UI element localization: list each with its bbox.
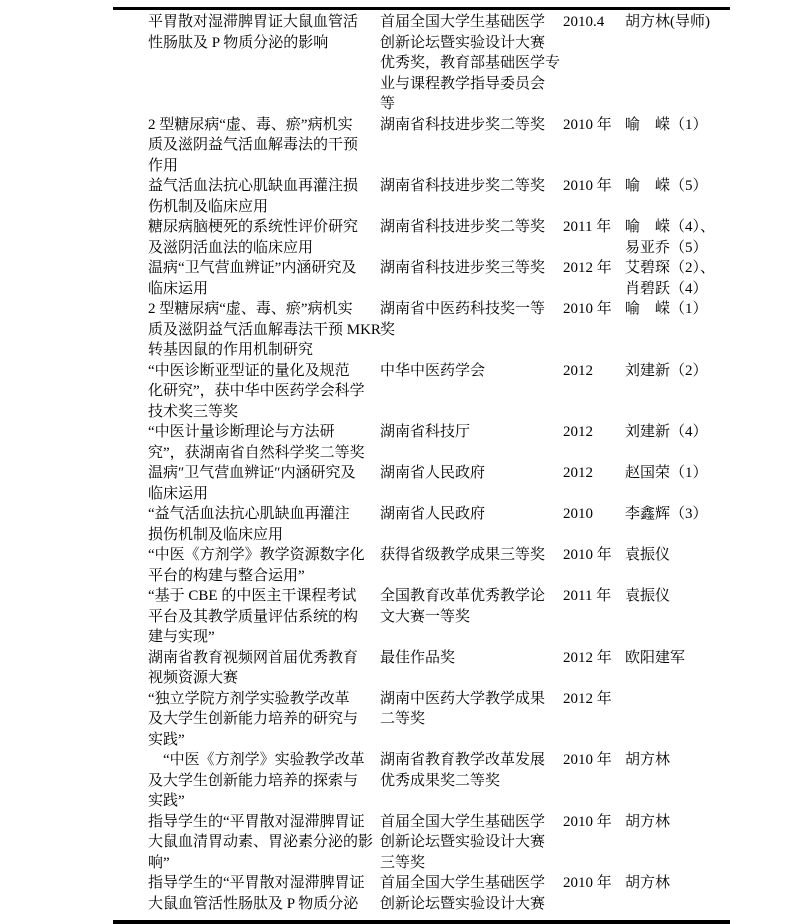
table-row: 糖尿病脑梗死的系统性评价研究 及滋阴活血法的临床应用 湖南省科技进步奖二等奖 2… [113, 217, 730, 258]
award-name-cell: 湖南省中医药科技奖一等 奖 [380, 299, 563, 361]
award-name-cell: 湖南省科技进步奖二等奖 [380, 176, 563, 217]
table-row: “中医《方剂学》教学资源数字化 平台的构建与整合运用” 获得省级教学成果三等奖 … [113, 545, 730, 586]
project-title-cell: 益气活血法抗心肌缺血再灌注损 伤机制及临床应用 [148, 176, 380, 217]
year-cell: 2012 [563, 463, 625, 504]
award-name-cell: 首届全国大学生基础医学 创新论坛暨实验设计大赛 三等奖 [380, 812, 563, 874]
year-cell: 2010 年 [563, 545, 625, 586]
year-cell: 2012 年 [563, 689, 625, 751]
recipients-cell: 李鑫辉（3） [625, 504, 730, 545]
table-row: “基于 CBE 的中医主干课程考试 平台及其教学质量评估系统的构 建与实现” 全… [113, 586, 730, 648]
project-title-cell: “中医诊断亚型证的量化及规范 化研究”，获中华中医药学会科学 技术奖三等奖 [148, 361, 380, 423]
table-row: 益气活血法抗心肌缺血再灌注损 伤机制及临床应用 湖南省科技进步奖二等奖 2010… [113, 176, 730, 217]
table-row: 湖南省教育视频网首届优秀教育 视频资源大赛 最佳作品奖 2012 年 欧阳建军 [113, 648, 730, 689]
award-name-cell: 全国教育改革优秀教学论 文大赛一等奖 [380, 586, 563, 648]
project-title-cell: “益气活血法抗心肌缺血再灌注 损伤机制及临床应用 [148, 504, 380, 545]
table-row: “独立学院方剂学实验教学改革 及大学生创新能力培养的研究与 实践” 湖南中医药大… [113, 689, 730, 751]
award-name-cell: 湖南省科技厅 [380, 422, 563, 463]
recipients-cell: 艾碧琛（2）、 肖碧跃（4） [625, 258, 730, 299]
year-cell: 2010.4 [563, 12, 625, 115]
year-cell: 2012 [563, 361, 625, 423]
year-cell: 2010 年 [563, 115, 625, 177]
recipients-cell: 刘建新（4） [625, 422, 730, 463]
year-cell: 2012 年 [563, 648, 625, 689]
project-title-cell: 指导学生的“平胃散对湿滞脾胃证 大鼠血管活性肠肽及 P 物质分泌 [148, 873, 380, 914]
project-title-cell: 2 型糖尿病“虚、毒、瘀”病机实 质及滋阴益气活血解毒法干预 MKR 转基因鼠的… [148, 299, 380, 361]
project-title-cell: “中医《方剂学》教学资源数字化 平台的构建与整合运用” [148, 545, 380, 586]
table-row: 温病“卫气营血辨证”内涵研究及 临床运用 湖南省科技进步奖三等奖 2012 年 … [113, 258, 730, 299]
recipients-cell: 胡方林 [625, 873, 730, 914]
award-name-cell: 获得省级教学成果三等奖 [380, 545, 563, 586]
table-row: “中医计量诊断理论与方法研 究”，获湖南省自然科学奖二等奖 湖南省科技厅 201… [113, 422, 730, 463]
award-name-cell: 湖南省科技进步奖二等奖 [380, 115, 563, 177]
project-title-cell: 糖尿病脑梗死的系统性评价研究 及滋阴活血法的临床应用 [148, 217, 380, 258]
recipients-cell: 袁振仪 [625, 545, 730, 586]
project-title-cell: “中医《方剂学》实验教学改革 及大学生创新能力培养的探索与 实践” [148, 750, 380, 812]
award-name-cell: 湖南省人民政府 [380, 463, 563, 504]
award-name-cell: 湖南省科技进步奖三等奖 [380, 258, 563, 299]
year-cell: 2011 年 [563, 586, 625, 648]
table-row: 指导学生的“平胃散对湿滞脾胃证 大鼠血管活性肠肽及 P 物质分泌 首届全国大学生… [113, 873, 730, 914]
recipients-cell: 喻 嵘（4）、 易亚乔（5） [625, 217, 730, 258]
project-title-cell: 平胃散对湿滞脾胃证大鼠血管活 性肠肽及 P 物质分泌的影响 [148, 12, 380, 115]
year-cell: 2010 年 [563, 299, 625, 361]
recipients-cell: 喻 嵘（5） [625, 176, 730, 217]
recipients-cell: 欧阳建军 [625, 648, 730, 689]
year-cell: 2010 年 [563, 873, 625, 914]
table-row: 2 型糖尿病“虚、毒、瘀”病机实 质及滋阴益气活血解毒法干预 MKR 转基因鼠的… [113, 299, 730, 361]
year-cell: 2010 年 [563, 176, 625, 217]
year-cell: 2011 年 [563, 217, 625, 258]
year-cell: 2012 [563, 422, 625, 463]
year-cell: 2010 年 [563, 812, 625, 874]
project-title-cell: 温病″卫气营血辨证″内涵研究及 临床运用 [148, 463, 380, 504]
award-name-cell: 首届全国大学生基础医学 创新论坛暨实验设计大赛 [380, 873, 563, 914]
recipients-cell: 胡方林 [625, 812, 730, 874]
table-row: 温病″卫气营血辨证″内涵研究及 临床运用 湖南省人民政府 2012 赵国荣（1） [113, 463, 730, 504]
award-name-cell: 中华中医药学会 [380, 361, 563, 423]
year-cell: 2012 年 [563, 258, 625, 299]
award-name-cell: 首届全国大学生基础医学 创新论坛暨实验设计大赛 优秀奖，教育部基础医学专 业与课… [380, 12, 563, 115]
award-name-cell: 湖南中医药大学教学成果 二等奖 [380, 689, 563, 751]
awards-table: 平胃散对湿滞脾胃证大鼠血管活 性肠肽及 P 物质分泌的影响 首届全国大学生基础医… [113, 7, 730, 924]
table-row: 指导学生的“平胃散对湿滞脾胃证 大鼠血清胃动素、胃泌素分泌的影 响” 首届全国大… [113, 812, 730, 874]
recipients-cell: 胡方林(导师) [625, 12, 730, 115]
award-name-cell: 湖南省教育教学改革发展 优秀成果奖二等奖 [380, 750, 563, 812]
recipients-cell: 喻 嵘（1） [625, 115, 730, 177]
recipients-cell [625, 689, 730, 751]
project-title-cell: 湖南省教育视频网首届优秀教育 视频资源大赛 [148, 648, 380, 689]
project-title-cell: 2 型糖尿病“虚、毒、瘀”病机实 质及滋阴益气活血解毒法的干预 作用 [148, 115, 380, 177]
recipients-cell: 刘建新（2） [625, 361, 730, 423]
project-title-cell: “基于 CBE 的中医主干课程考试 平台及其教学质量评估系统的构 建与实现” [148, 586, 380, 648]
table-row: 平胃散对湿滞脾胃证大鼠血管活 性肠肽及 P 物质分泌的影响 首届全国大学生基础医… [113, 12, 730, 115]
project-title-cell: 指导学生的“平胃散对湿滞脾胃证 大鼠血清胃动素、胃泌素分泌的影 响” [148, 812, 380, 874]
table-row: “中医《方剂学》实验教学改革 及大学生创新能力培养的探索与 实践” 湖南省教育教… [113, 750, 730, 812]
document-page: 平胃散对湿滞脾胃证大鼠血管活 性肠肽及 P 物质分泌的影响 首届全国大学生基础医… [0, 0, 793, 924]
table-row: “益气活血法抗心肌缺血再灌注 损伤机制及临床应用 湖南省人民政府 2010 李鑫… [113, 504, 730, 545]
recipients-cell: 胡方林 [625, 750, 730, 812]
project-title-cell: “中医计量诊断理论与方法研 究”，获湖南省自然科学奖二等奖 [148, 422, 380, 463]
award-name-cell: 最佳作品奖 [380, 648, 563, 689]
recipients-cell: 喻 嵘（1） [625, 299, 730, 361]
year-cell: 2010 [563, 504, 625, 545]
table-row: “中医诊断亚型证的量化及规范 化研究”，获中华中医药学会科学 技术奖三等奖 中华… [113, 361, 730, 423]
table-row: 2 型糖尿病“虚、毒、瘀”病机实 质及滋阴益气活血解毒法的干预 作用 湖南省科技… [113, 115, 730, 177]
award-name-cell: 湖南省科技进步奖二等奖 [380, 217, 563, 258]
project-title-cell: “独立学院方剂学实验教学改革 及大学生创新能力培养的研究与 实践” [148, 689, 380, 751]
project-title-cell: 温病“卫气营血辨证”内涵研究及 临床运用 [148, 258, 380, 299]
recipients-cell: 赵国荣（1） [625, 463, 730, 504]
year-cell: 2010 年 [563, 750, 625, 812]
recipients-cell: 袁振仪 [625, 586, 730, 648]
award-name-cell: 湖南省人民政府 [380, 504, 563, 545]
